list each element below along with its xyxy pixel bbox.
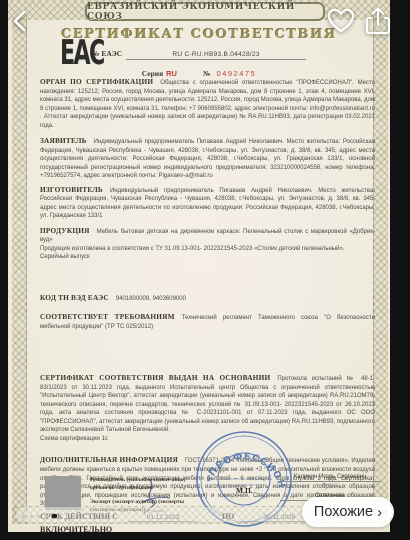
similar-items-button[interactable]: Похожие › [302, 497, 394, 527]
chevron-right-icon: › [377, 504, 382, 521]
bottom-scrim [16, 507, 330, 522]
section-label: СООТВЕТСТВУЕТ ТРЕБОВАНИЯМ [40, 312, 175, 321]
carousel-dot [45, 515, 48, 518]
carousel-dot [37, 515, 40, 518]
certificate-number-line: № ЕАЭСRU С-RU.НВ93.В.04428/23 [8, 49, 390, 60]
similar-button-label: Похожие [314, 504, 373, 520]
app-screen: { "colors": { "background": "#121212", "… [0, 0, 410, 540]
section-label: ДОПОЛНИТЕЛЬНАЯ ИНФОРМАЦИЯ [40, 455, 178, 464]
section-label: ЗАЯВИТЕЛЬ [40, 136, 87, 145]
photo-certificate[interactable]: ЕВРАЗИЙСКИЙ ЭКОНОМИЧЕСКИЙ СОЮЗ ЕАС СЕРТИ… [8, 0, 390, 532]
favorite-heart-icon[interactable] [326, 6, 356, 36]
section-label: ПРОДУКЦИЯ [40, 226, 90, 235]
section-text: 9401800009, 9403609000 [116, 296, 186, 302]
section-text: Общества с ограниченной ответственностью… [40, 80, 375, 129]
section-text: Индивидуальный предприниматель Пигаваев … [40, 139, 375, 179]
back-icon[interactable] [8, 8, 34, 34]
stamp-place-label: М.П. [236, 486, 253, 495]
border-ornament-right [373, 18, 388, 524]
share-icon[interactable] [362, 5, 394, 37]
section-product: ПРОДУКЦИЯМебель бытовая детская на дерев… [40, 226, 375, 262]
svg-text:«ПРОФЕССИОНАЛ»: «ПРОФЕССИОНАЛ» [194, 429, 287, 490]
number-value: RU С-RU.НВ93.В.04428/23 [126, 51, 306, 60]
stamp-text: «ПРОФЕССИОНАЛ» [194, 429, 287, 490]
section-applicant: ЗАЯВИТЕЛЬИндивидуальный предприниматель … [40, 136, 375, 181]
border-ornament-left [12, 18, 27, 524]
section-label: ОРГАН ПО СЕРТИФИКАЦИИ [40, 77, 153, 86]
section-tnved-code: КОД ТН ВЭД ЕАЭС9401800009, 9403609000 [40, 293, 375, 304]
head-name: Калинин Игорь Сергеевич [280, 474, 380, 482]
section-label: КОД ТН ВЭД ЕАЭС [40, 293, 109, 302]
section-manufacturer: ИЗГОТОВИТЕЛЬИндивидуальный предпринимате… [40, 185, 375, 221]
number-label: № ЕАЭС [92, 49, 122, 58]
section-certification-body: ОРГАН ПО СЕРТИФИКАЦИИОбщества с ограниче… [40, 77, 375, 130]
section-text: Мебель бытовая детская на деревянном кар… [40, 229, 375, 261]
carousel-dot [22, 515, 25, 518]
section-label: ИЗГОТОВИТЕЛЬ [40, 185, 103, 194]
photo-carousel-indicator [22, 512, 57, 520]
fio-caption: (Ф.И.О.) [280, 482, 380, 487]
section-label: СЕРТИФИКАТ СООТВЕТСТВИЯ ВЫДАН НА ОСНОВАН… [40, 373, 270, 382]
section-requirements: СООТВЕТСТВУЕТ ТРЕБОВАНИЯМТехнический рег… [40, 312, 375, 331]
carousel-dot-active [52, 514, 57, 519]
carousel-dot [30, 515, 33, 518]
union-banner: ЕВРАЗИЙСКИЙ ЭКОНОМИЧЕСКИЙ СОЮЗ [85, 2, 325, 21]
qr-code-placeholder [45, 476, 81, 510]
